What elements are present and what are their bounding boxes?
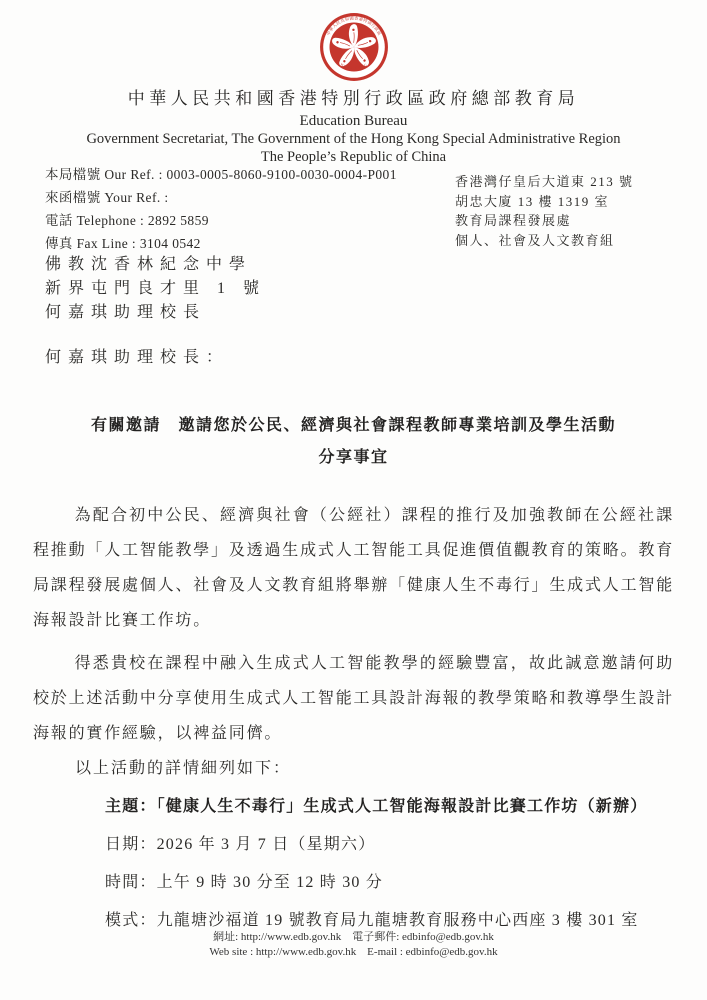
your-ref-line: 來函檔號 Your Ref. : — [45, 186, 397, 209]
fax-line: 傳真 Fax Line : 3104 0542 — [45, 232, 397, 255]
sender-address-block: 香港灣仔皇后大道東 213 號 胡忠大廈 13 樓 1319 室 教育局課程發展… — [455, 172, 634, 250]
details-intro: 以上活動的詳情細列如下： — [75, 759, 674, 778]
recipient-line: 佛教沈香林紀念中學 — [45, 253, 266, 277]
letter-page: 中華人民共和國香港特別行政區 HONG KONG 中華人民共和國香港特別行政區政… — [0, 0, 707, 1000]
recipient-line: 何嘉琪助理校長 — [45, 301, 266, 325]
subject-line-1: 有關邀請 邀請您於公民、經濟與社會課程教師專業培訓及學生活動 — [0, 410, 707, 442]
detail-theme: 主題：「健康人生不毒行」生成式人工智能海報設計比賽工作坊（新辦） — [105, 797, 674, 816]
detail-time: 時間：上午 9 時 30 分至 12 時 30 分 — [105, 873, 674, 892]
letter-footer: 網址: http://www.edb.gov.hk 電子郵件: edbinfo@… — [0, 930, 707, 960]
letter-body: 為配合初中公民、經濟與社會（公經社）課程的推行及加強教師在公經社課程推動「人工智… — [33, 498, 674, 930]
letterhead: 中華人民共和國香港特別行政區政府總部教育局 Education Bureau G… — [0, 84, 707, 166]
secretariat-line: Government Secretariat, The Government o… — [0, 131, 707, 148]
detail-venue: 模式：九龍塘沙福道 19 號教育局九龍塘教育服務中心西座 3 樓 301 室 — [105, 911, 674, 930]
org-title-zh: 中華人民共和國香港特別行政區政府總部教育局 — [0, 84, 707, 109]
sender-address-line: 教育局課程發展處 — [455, 211, 634, 231]
telephone-line: 電話 Telephone : 2892 5859 — [45, 209, 397, 232]
sender-address-line: 胡忠大廈 13 樓 1319 室 — [455, 192, 634, 212]
body-paragraph-2: 得悉貴校在課程中融入生成式人工智能教學的經驗豐富，故此誠意邀請何助校於上述活動中… — [33, 646, 674, 751]
footer-contact-zh: 網址: http://www.edb.gov.hk 電子郵件: edbinfo@… — [0, 930, 707, 945]
footer-contact-en: Web site : http://www.edb.gov.hk E-mail … — [0, 945, 707, 960]
sender-address-line: 香港灣仔皇后大道東 213 號 — [455, 172, 634, 192]
body-paragraph-1: 為配合初中公民、經濟與社會（公經社）課程的推行及加強教師在公經社課程推動「人工智… — [33, 498, 674, 638]
subject-heading: 有關邀請 邀請您於公民、經濟與社會課程教師專業培訓及學生活動 分享事宜 — [0, 410, 707, 474]
recipient-block: 佛教沈香林紀念中學 新界屯門良才里 1 號 何嘉琪助理校長 — [45, 253, 266, 325]
our-ref-line: 本局檔號 Our Ref. : 0003-0005-8060-9100-0030… — [45, 163, 397, 186]
reference-block: 本局檔號 Our Ref. : 0003-0005-8060-9100-0030… — [45, 163, 397, 255]
salutation: 何嘉琪助理校長： — [45, 344, 229, 367]
recipient-line: 新界屯門良才里 1 號 — [45, 277, 266, 301]
subject-line-2: 分享事宜 — [0, 442, 707, 474]
org-title-en: Education Bureau — [0, 113, 707, 130]
hksar-emblem-icon: 中華人民共和國香港特別行政區 HONG KONG — [319, 12, 389, 82]
sender-address-line: 個人、社會及人文教育組 — [455, 231, 634, 251]
detail-date: 日期：2026 年 3 月 7 日（星期六） — [105, 835, 674, 854]
